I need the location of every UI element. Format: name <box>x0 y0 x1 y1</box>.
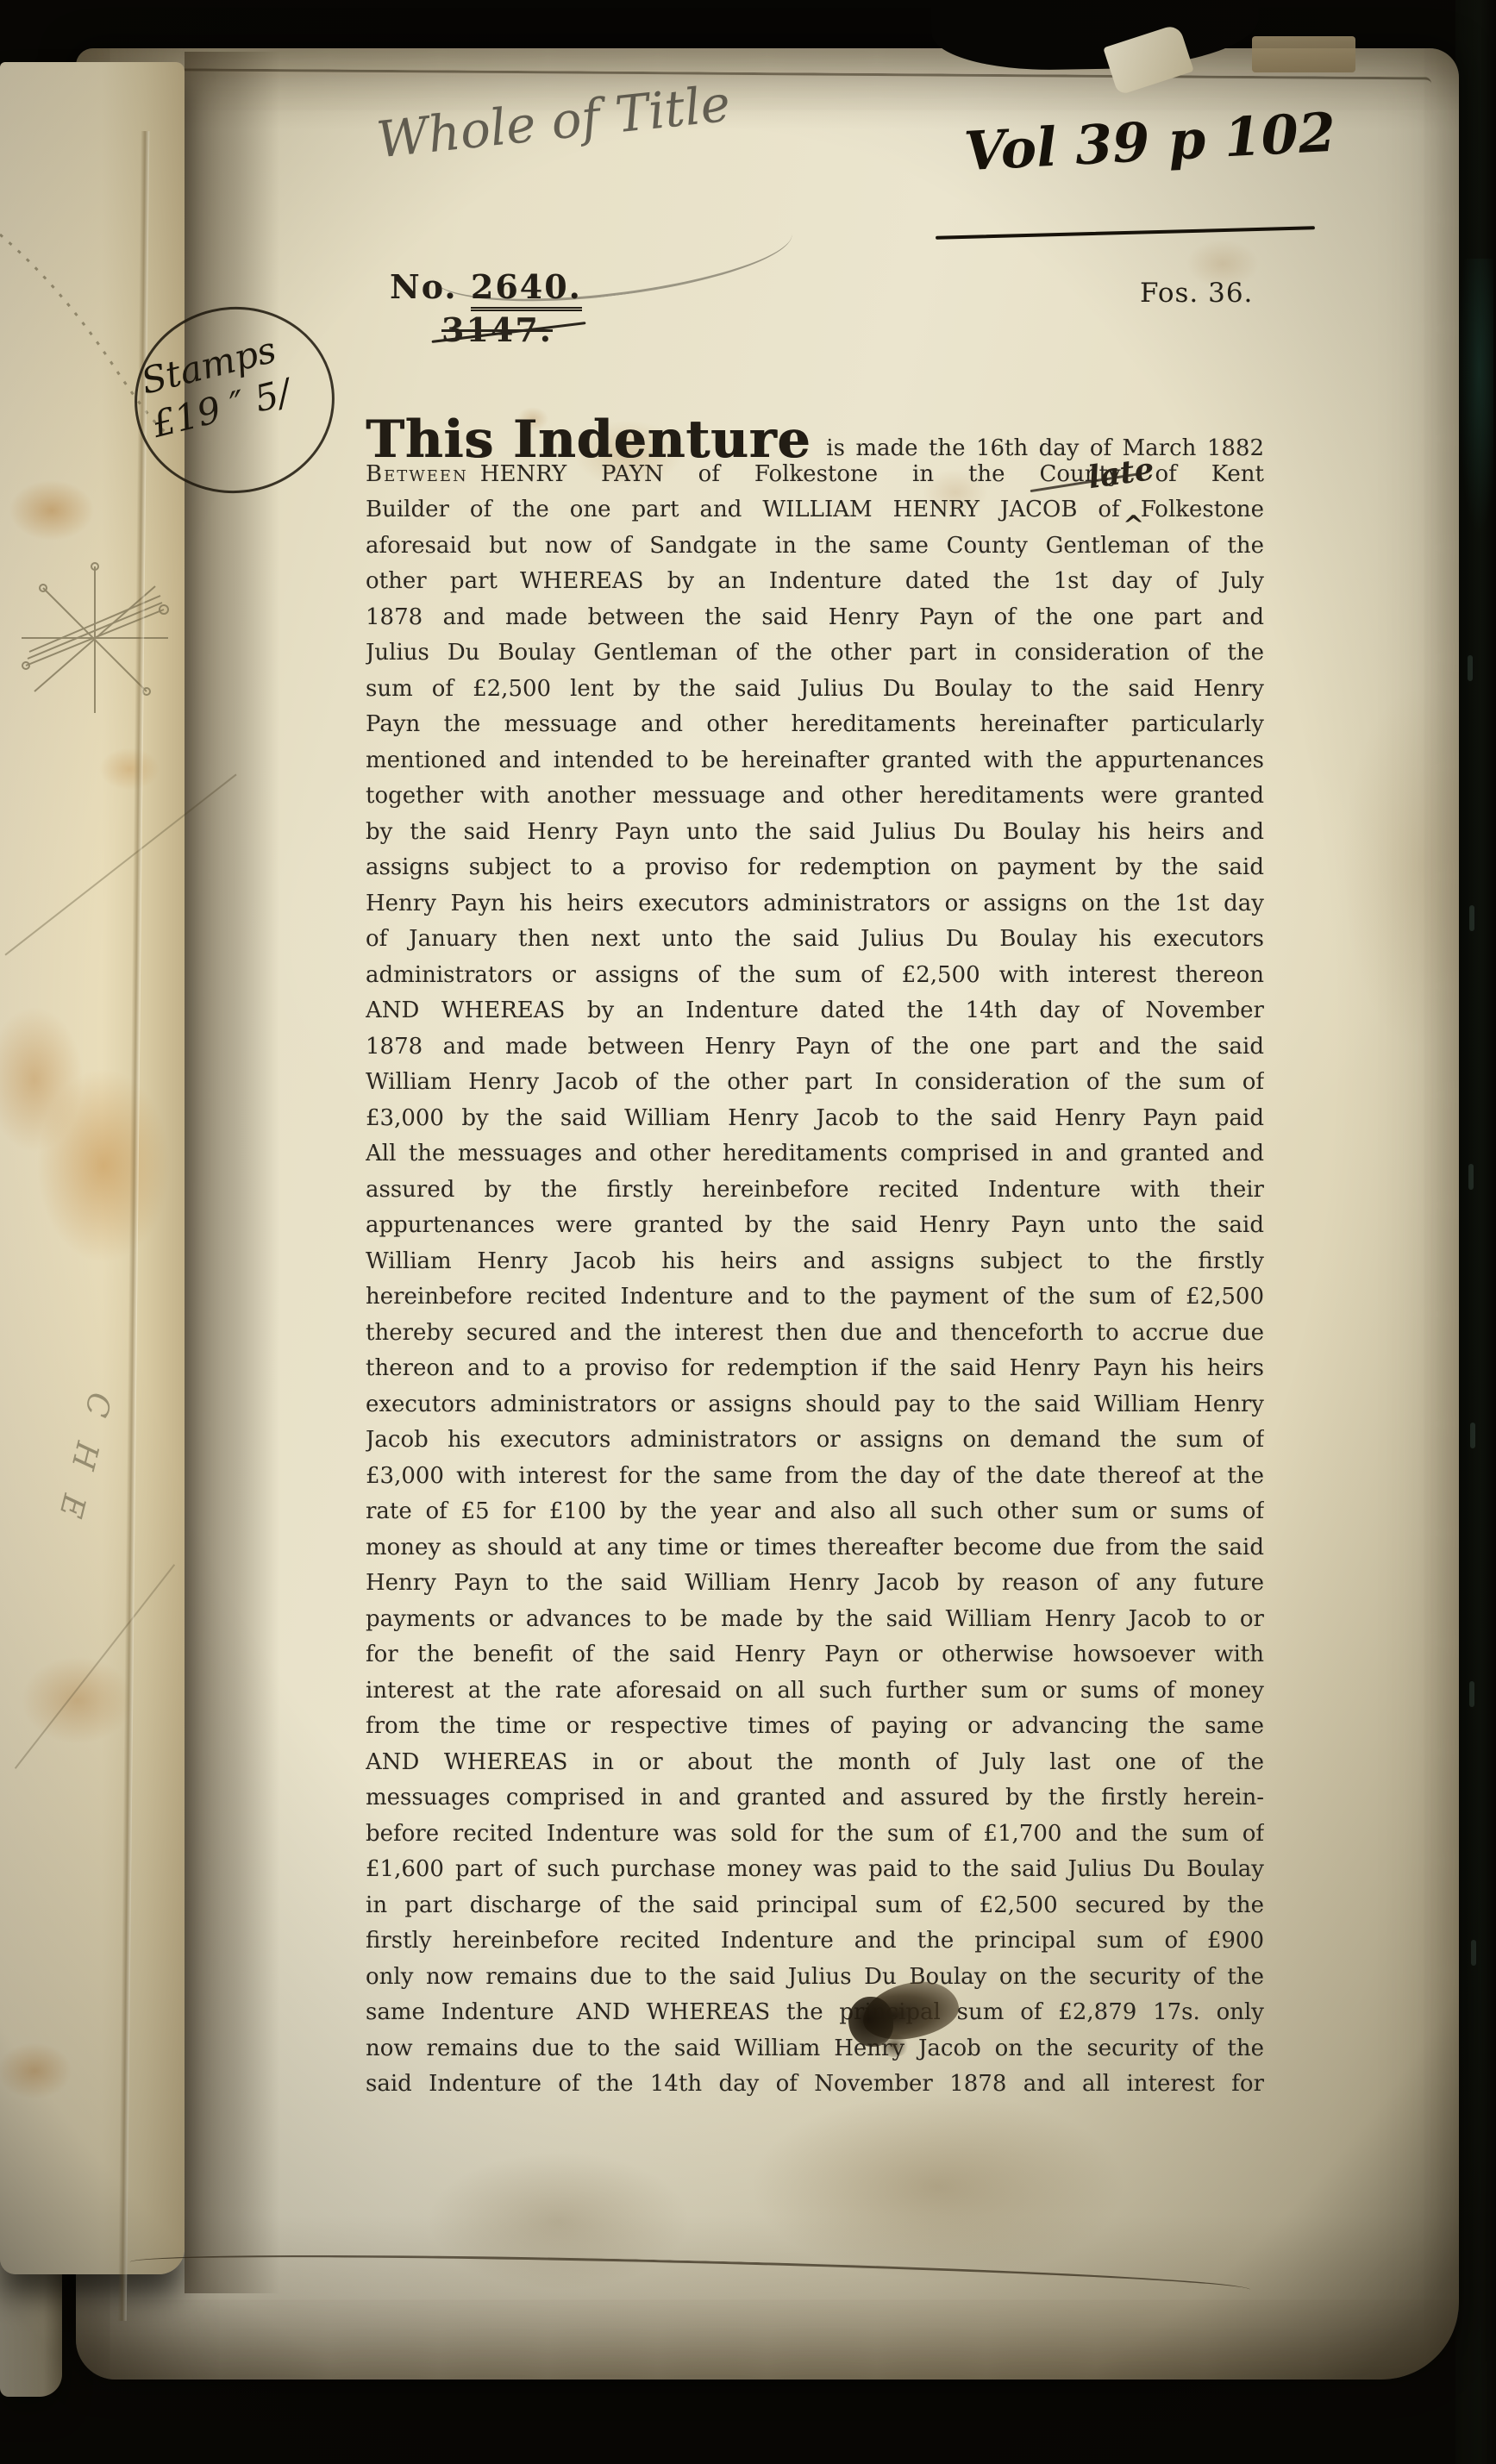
text-line: Henry Payn his heirs executors administr… <box>366 886 1264 922</box>
compass-rose-sketch <box>17 562 172 717</box>
text-line: 1878 and made between Henry Payn of the … <box>366 1029 1264 1066</box>
blackletter-heading: This Indenture <box>366 422 826 459</box>
text-line: before recited Indenture was sold for th… <box>366 1817 1264 1853</box>
plan-line <box>15 1564 175 1769</box>
text-line: now remains due to the said William Henr… <box>366 2031 1264 2067</box>
text-line: William Henry Jacob his heirs and assign… <box>366 1244 1264 1280</box>
text-line: hereinbefore recited Indenture and to th… <box>366 1279 1264 1316</box>
opening-line: This Indenture is made the 16th day of M… <box>366 421 1264 457</box>
text-line: executors administrators or assigns shou… <box>366 1387 1264 1423</box>
text-line: firstly hereinbefore recited Indenture a… <box>366 1923 1264 1960</box>
text-line: sum of £2,500 lent by the said Julius Du… <box>366 672 1264 708</box>
text-line: AND WHEREAS in or about the month of Jul… <box>366 1745 1264 1781</box>
plan-letters: C H E <box>50 1389 117 1529</box>
text-line: £3,000 by the said William Henry Jacob t… <box>366 1101 1264 1137</box>
text-line: together with another messuage and other… <box>366 779 1264 815</box>
deed-body-lines: Builder of the one part and WILLIAM HENR… <box>366 492 1264 2103</box>
fold-crease <box>118 131 150 2321</box>
text-line: Payn the messuage and other hereditament… <box>366 707 1264 743</box>
text-line: by the said Henry Payn unto the said Jul… <box>366 815 1264 851</box>
binding-stitch <box>1470 1423 1475 1448</box>
text-line: appurtenances were granted by the said H… <box>366 1208 1264 1244</box>
text-line: money as should at any time or times the… <box>366 1530 1264 1567</box>
text-line: administrators or assigns of the sum of … <box>366 958 1264 994</box>
text-line: other part WHEREAS by an Indenture dated… <box>366 564 1264 600</box>
text-line: £1,600 part of such purchase money was p… <box>366 1852 1264 1888</box>
text-line: payments or advances to be made by the s… <box>366 1602 1264 1638</box>
insertion-caret: ^ <box>1123 510 1144 541</box>
folio-label: Fos. 36. <box>1140 278 1253 309</box>
text-line: 1878 and made between the said Henry Pay… <box>366 600 1264 636</box>
binding-stitch <box>1471 1940 1476 1966</box>
document-number-prefix: No. <box>390 267 458 306</box>
binding-stitch <box>1468 1164 1474 1190</box>
text-line: assured by the firstly hereinbefore reci… <box>366 1173 1264 1209</box>
text-line: All the messuages and other hereditament… <box>366 1136 1264 1173</box>
text-line: William Henry Jacob of the other part In… <box>366 1065 1264 1101</box>
binding-stitch <box>1468 655 1473 681</box>
binding-stitch <box>1469 905 1474 931</box>
text-line: of January then next unto the said Juliu… <box>366 922 1264 958</box>
text-line: Jacob his executors administrators or as… <box>366 1423 1264 1459</box>
binding-stitch <box>1469 1681 1474 1707</box>
text-line: from the time or respective times of pay… <box>366 1709 1264 1745</box>
text-line: thereon and to a proviso for redemption … <box>366 1351 1264 1387</box>
text-line: only now remains due to the said Julius … <box>366 1960 1264 1996</box>
document-number-value: 2640. <box>471 267 582 311</box>
text-line: interest at the rate aforesaid on all su… <box>366 1673 1264 1710</box>
text-line: mentioned and intended to be hereinafter… <box>366 743 1264 779</box>
book-cover-teal-sheen <box>1457 259 1493 535</box>
text-line: for the benefit of the said Henry Payn o… <box>366 1637 1264 1673</box>
text-line: Henry Payn to the said William Henry Jac… <box>366 1566 1264 1602</box>
paper-tab <box>1252 36 1355 72</box>
document-number: No. 2640. <box>390 267 582 306</box>
text-line: AND WHEREAS by an Indenture dated the 14… <box>366 993 1264 1029</box>
text-line: Julius Du Boulay Gentleman of the other … <box>366 635 1264 672</box>
text-line: same Indenture AND WHEREAS the principal… <box>366 1995 1264 2031</box>
deed-text-block: This Indenture is made the 16th day of M… <box>366 421 1264 2145</box>
text-line: in part discharge of the said principal … <box>366 1888 1264 1924</box>
text-line: assigns subject to a proviso for redempt… <box>366 850 1264 886</box>
text-line: said Indenture of the 14th day of Novemb… <box>366 2067 1264 2103</box>
text-line: rate of £5 for £100 by the year and also… <box>366 1494 1264 1530</box>
ink-blot <box>848 1997 893 2047</box>
text-line: £3,000 with interest for the same from t… <box>366 1459 1264 1495</box>
text-line: thereby secured and the interest then du… <box>366 1316 1264 1352</box>
text-line: messuages comprised in and granted and a… <box>366 1780 1264 1817</box>
